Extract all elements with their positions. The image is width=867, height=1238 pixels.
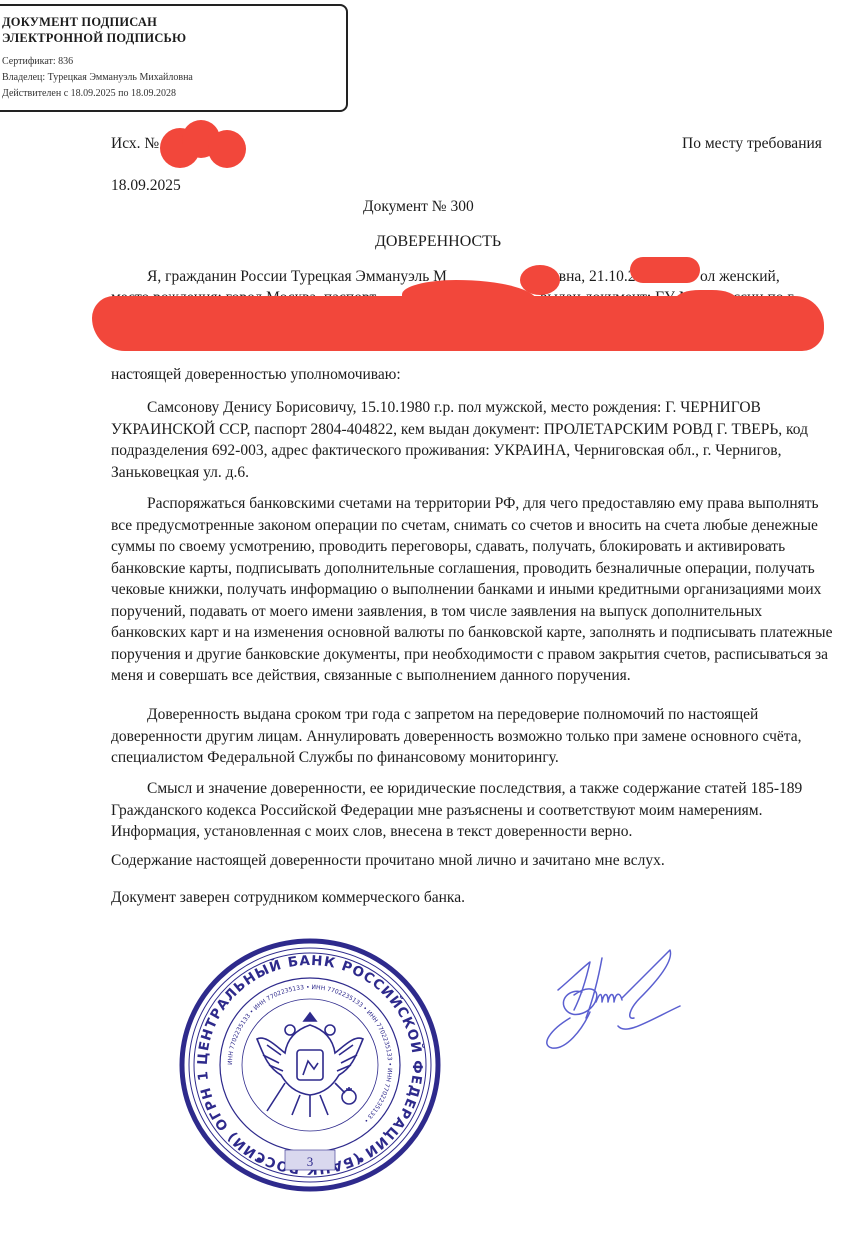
term-paragraph: Доверенность выдана сроком три года с за… bbox=[111, 704, 837, 769]
electronic-signature-box: ДОКУМЕНТ ПОДПИСАН ЭЛЕКТРОННОЙ ПОДПИСЬЮ С… bbox=[0, 4, 348, 112]
read-line: Содержание настоящей доверенности прочит… bbox=[111, 852, 665, 870]
powers-paragraph: Распоряжаться банковскими счетами на тер… bbox=[111, 493, 837, 687]
certificate-validity: Действителен с 18.09.2025 по 18.09.2028 bbox=[2, 88, 176, 99]
agent-paragraph: Самсонову Денису Борисовичу, 15.10.1980 … bbox=[111, 397, 837, 483]
signature-box-title: ДОКУМЕНТ ПОДПИСАН ЭЛЕКТРОННОЙ ПОДПИСЬЮ bbox=[2, 14, 186, 46]
meaning-paragraph: Смысл и значение доверенности, ее юридич… bbox=[111, 778, 837, 843]
redaction-mark bbox=[630, 257, 700, 283]
double-headed-eagle-icon bbox=[257, 1013, 363, 1117]
redaction-mark bbox=[520, 265, 560, 295]
bank-stamp: ЦЕНТРАЛЬНЫЙ БАНК РОССИЙСКОЙ ФЕДЕРАЦИИ (Б… bbox=[175, 935, 445, 1195]
certificate-number: Сертификат: 836 bbox=[2, 56, 73, 67]
authorize-line: настоящей доверенностью уполномочиваю: bbox=[111, 366, 401, 384]
redaction-mark bbox=[208, 130, 246, 168]
signature-title-line1: ДОКУМЕНТ ПОДПИСАН bbox=[2, 14, 186, 30]
addressee: По месту требования bbox=[682, 135, 822, 153]
principal-line1-c: ол женский, bbox=[700, 268, 780, 286]
document-number: Документ № 300 bbox=[363, 198, 474, 216]
document-title: ДОВЕРЕННОСТЬ bbox=[375, 233, 501, 251]
outgoing-number-label: Исх. № bbox=[111, 135, 159, 153]
stamp-number: 3 bbox=[307, 1154, 314, 1169]
redaction-mark bbox=[92, 296, 824, 351]
principal-line1-a: Я, гражданин России Турецкая Эммануэль М bbox=[147, 268, 447, 286]
certificate-owner: Владелец: Турецкая Эммануэль Михайловна bbox=[2, 72, 193, 83]
handwritten-signature bbox=[530, 940, 700, 1055]
signature-title-line2: ЭЛЕКТРОННОЙ ПОДПИСЬЮ bbox=[2, 30, 186, 46]
certified-line: Документ заверен сотрудником коммерческо… bbox=[111, 889, 465, 907]
document-date: 18.09.2025 bbox=[111, 177, 181, 195]
